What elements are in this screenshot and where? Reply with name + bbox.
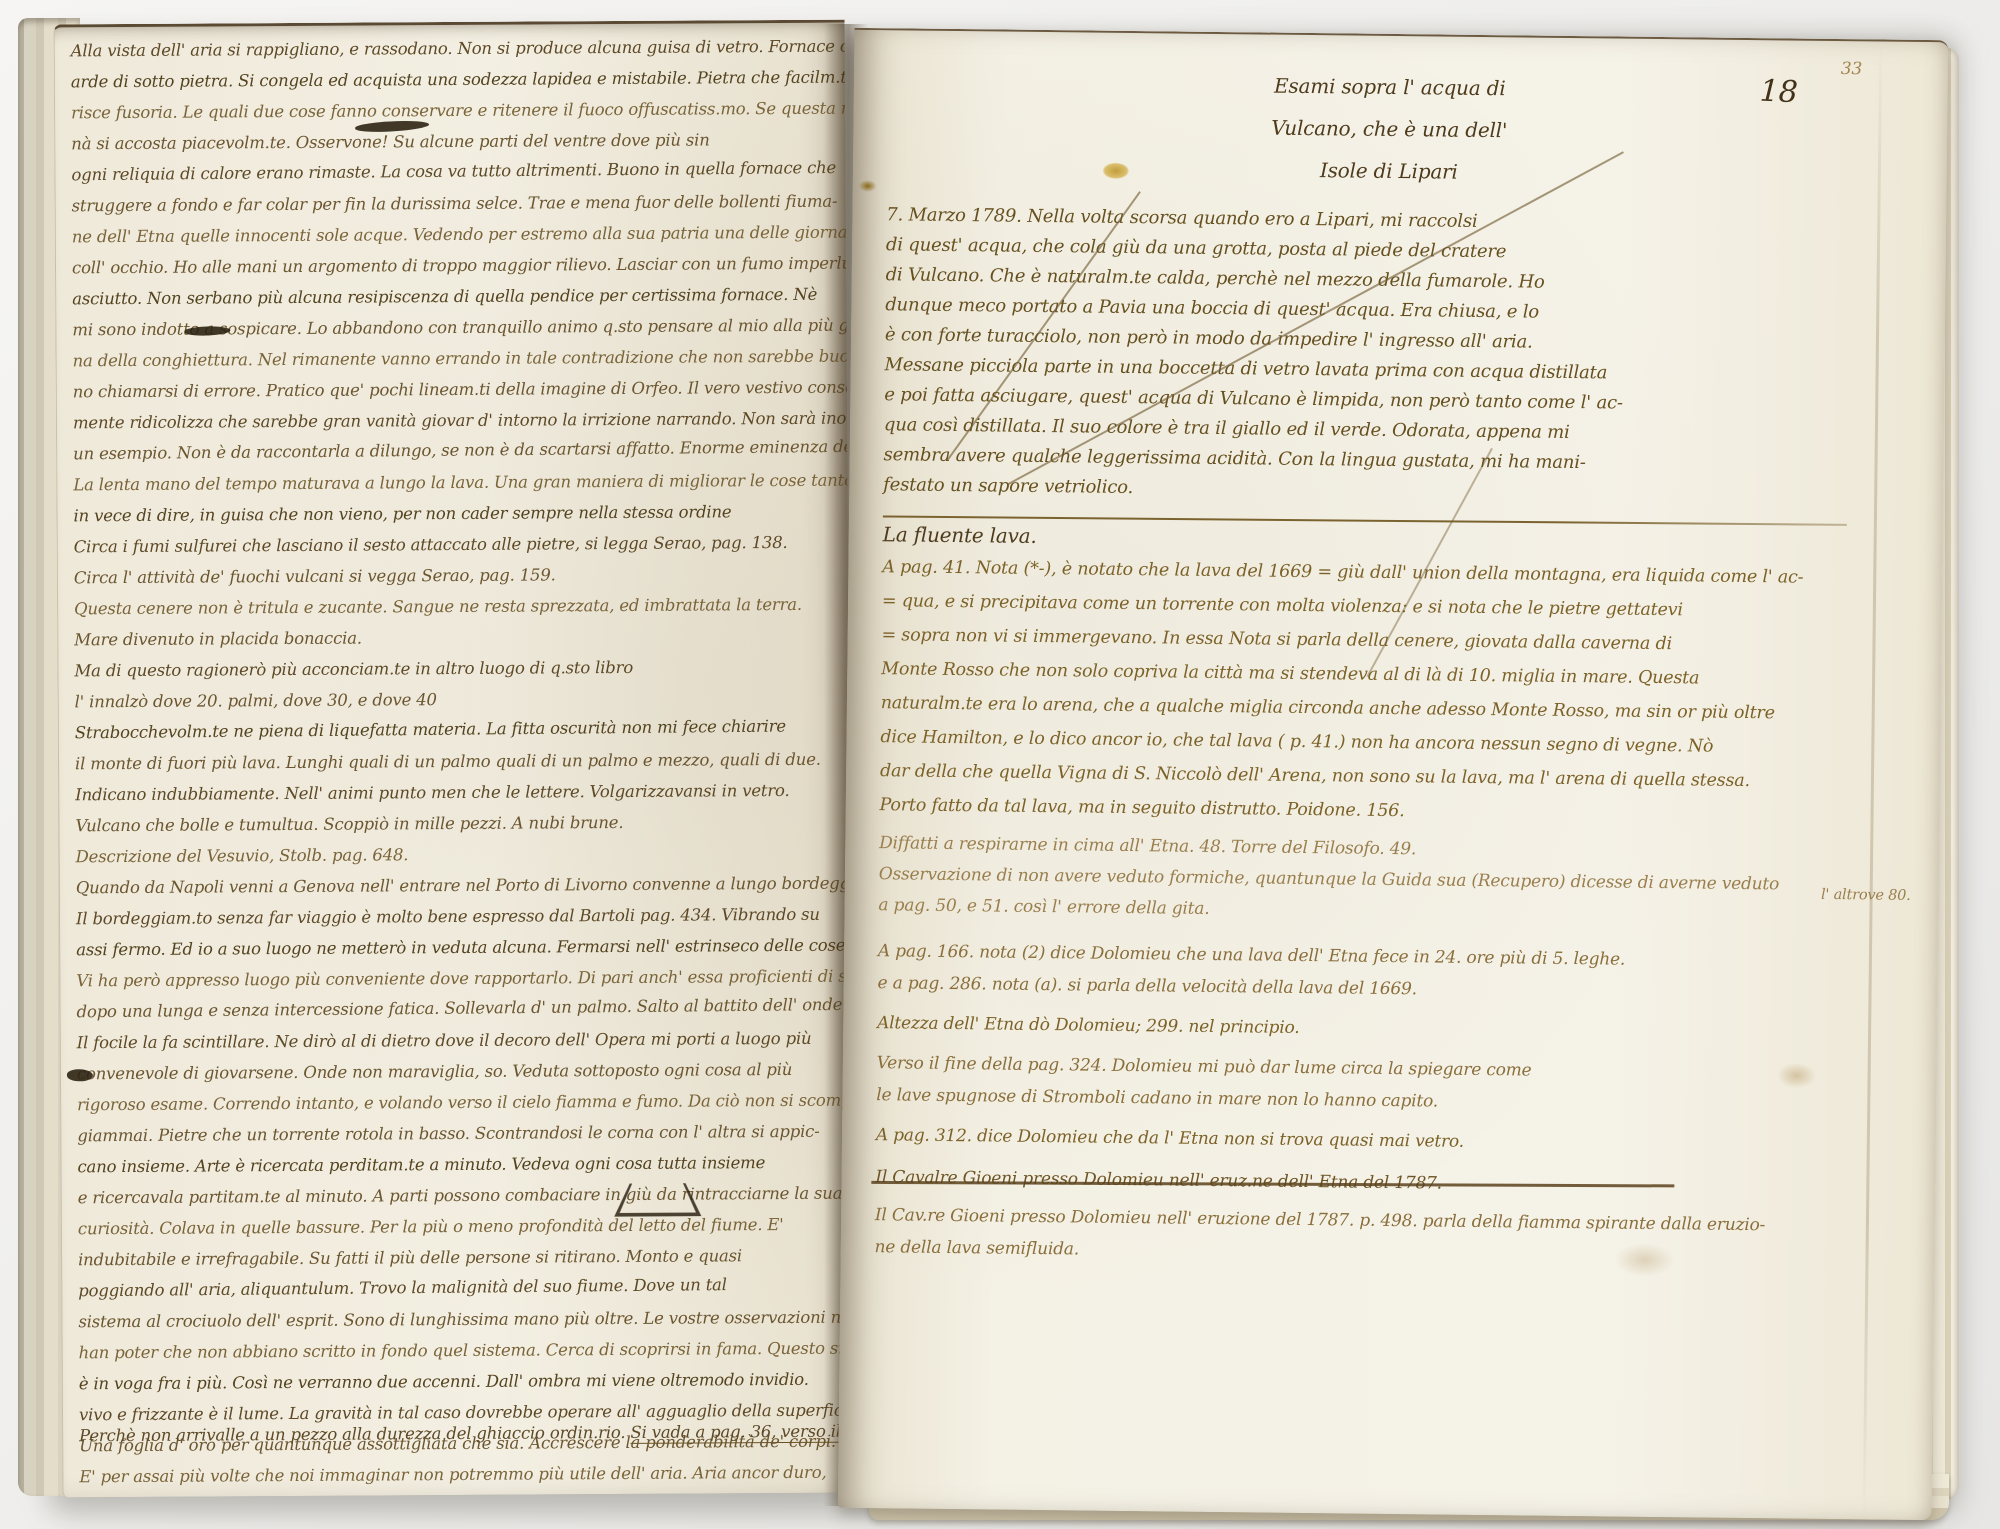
- wax-stain: [1103, 163, 1129, 179]
- manuscript-line: un esempio. Non è da raccontarla a dilun…: [73, 431, 854, 470]
- right-page: 18 33 Esami sopra l' acqua diVulcano, ch…: [838, 28, 1949, 1520]
- manuscript-line: Ma di questo ragionerò più acconciam.te …: [74, 650, 853, 686]
- manuscript-line: Il bordeggiam.to senza far viaggio è mol…: [76, 898, 854, 934]
- manuscript-line: Descrizione del Vesuvio, Stolb. pag. 648…: [75, 836, 853, 872]
- foxing-stain: [1776, 1062, 1816, 1088]
- right-page-text: Esami sopra l' acqua diVulcano, che è un…: [874, 44, 1912, 1275]
- manuscript-line: e ricercavala partitam.te al minuto. A p…: [78, 1177, 854, 1213]
- observation-paragraph: Diffatti a respirarne in cima all' Etna.…: [878, 828, 1903, 933]
- manuscript-line: Strabocchevolm.te ne piena di liquefatta…: [75, 709, 854, 748]
- manuscript-line: asciutto. Non serbano più alcuna resipis…: [72, 278, 853, 314]
- lava-notes-paragraph: A pag. 41. Nota (*-), è notato che la la…: [879, 550, 1906, 834]
- manuscript-line: Mare divenuto in placida bonaccia.: [74, 619, 853, 655]
- manuscript-line: è in voga fra i più. Così ne verranno du…: [79, 1363, 854, 1399]
- manuscript-line: giammai. Pietre che un torrente rotola i…: [77, 1115, 853, 1151]
- manuscript-line: ogni reliquia di calore erano rimaste. L…: [71, 152, 853, 191]
- manuscript-line: Circa l' attività de' fuochi vulcani si …: [74, 557, 854, 593]
- manuscript-line: dopo una lunga e senza intercessione fat…: [76, 988, 853, 1027]
- left-page-text: Alla vista dell' aria si rappigliano, e …: [71, 30, 854, 1492]
- pag-312-line: A pag. 312. dice Dolomieu che da l' Etna…: [876, 1119, 1900, 1163]
- manuscript-line: Circa i fumi sulfurei che lasciano il se…: [74, 526, 854, 562]
- note-166-paragraph: A pag. 166. nota (2) dice Dolomieu che u…: [877, 935, 1902, 1011]
- ink-blot: [67, 1069, 93, 1081]
- foxing-stain: [1614, 1243, 1674, 1278]
- triangle-sketch: [622, 1174, 694, 1216]
- manuscript-line: La lenta mano del tempo maturava a lungo…: [73, 464, 853, 500]
- ink-stain: [859, 180, 877, 192]
- manuscript-line: Vulcano che bolle e tumultua. Scoppiò in…: [75, 805, 853, 841]
- manuscript-line: arde di sotto pietra. Si congela ed acqu…: [71, 61, 854, 97]
- manuscript-line: no chiamarsi di errore. Pratico que' poc…: [73, 371, 854, 407]
- manuscript-line: sistema al crociuolo dell' esprit. Sono …: [78, 1301, 853, 1337]
- manuscript-line: han poter che non abbiano scritto in fon…: [79, 1332, 854, 1368]
- manuscript-line: risce fusoria. Le quali due cose fanno c…: [71, 92, 854, 128]
- manuscript-line: na della conghiettura. Nel rimanente van…: [72, 340, 853, 376]
- manuscript-line: curiosità. Colava in quelle bassure. Per…: [78, 1208, 854, 1244]
- manuscript-line: Indicano indubbiamente. Nell' animi punt…: [75, 774, 853, 810]
- manuscript-line: cano insieme. Arte è ricercata perditam.…: [77, 1146, 853, 1182]
- manuscript-line: ne dell' Etna quelle innocenti sole acqu…: [72, 216, 854, 252]
- struck-through-line: Il Cavalre Gioeni presso Dolomieu nell' …: [875, 1161, 1899, 1205]
- open-book: Alla vista dell' aria si rappigliano, e …: [18, 8, 1963, 1520]
- manuscript-photo: Alla vista dell' aria si rappigliano, e …: [0, 0, 2000, 1529]
- manuscript-line: il monte di fuori più lava. Lunghi quali…: [75, 743, 854, 779]
- manuscript-line: in vece di dire, in guisa che non vieno,…: [73, 495, 853, 531]
- verso-paragraph: Verso il fine della pag. 324. Dolomieu m…: [876, 1047, 1901, 1123]
- manuscript-line: poggiando all' aria, aliquantulum. Trovo…: [78, 1267, 853, 1306]
- final-line-text: Perchè non arrivalle a un pezzo alla dur…: [79, 1423, 630, 1445]
- underlined-reference: Si vada a pag. 36, verso il mezzo.: [630, 1421, 853, 1442]
- left-page: Alla vista dell' aria si rappigliano, e …: [54, 20, 854, 1498]
- gioeni-paragraph: Il Cav.re Gioeni presso Dolomieu nell' e…: [874, 1199, 1899, 1275]
- altezza-line: Altezza dell' Etna dò Dolomieu; 299. nel…: [877, 1007, 1901, 1051]
- manuscript-line: Alla vista dell' aria si rappigliano, e …: [71, 30, 854, 66]
- manuscript-line: assi fermo. Ed io a suo luogo ne metterò…: [76, 929, 853, 965]
- manuscript-line: rigoroso esame. Correndo intanto, e vola…: [77, 1084, 853, 1120]
- manuscript-line: coll' occhio. Ho alle mani un argomento …: [72, 247, 854, 283]
- dated-entry-paragraph: 7. Marzo 1789. Nella volta scorsa quando…: [883, 200, 1910, 512]
- manuscript-line: Questa cenere non è tritula e zucante. S…: [74, 588, 854, 624]
- manuscript-line: E' per assai più volte che noi immaginar…: [79, 1456, 853, 1492]
- margin-note: l' altrove 80.: [1821, 887, 1911, 904]
- manuscript-line: Il focile la fa scintillare. Ne dirò al …: [77, 1022, 854, 1058]
- manuscript-line: struggere a fondo e far colar per fin la…: [72, 185, 854, 221]
- manuscript-line: Quando da Napoli venni a Genova nell' en…: [76, 867, 854, 903]
- manuscript-line: convenevole di giovarsene. Onde non mara…: [77, 1053, 854, 1089]
